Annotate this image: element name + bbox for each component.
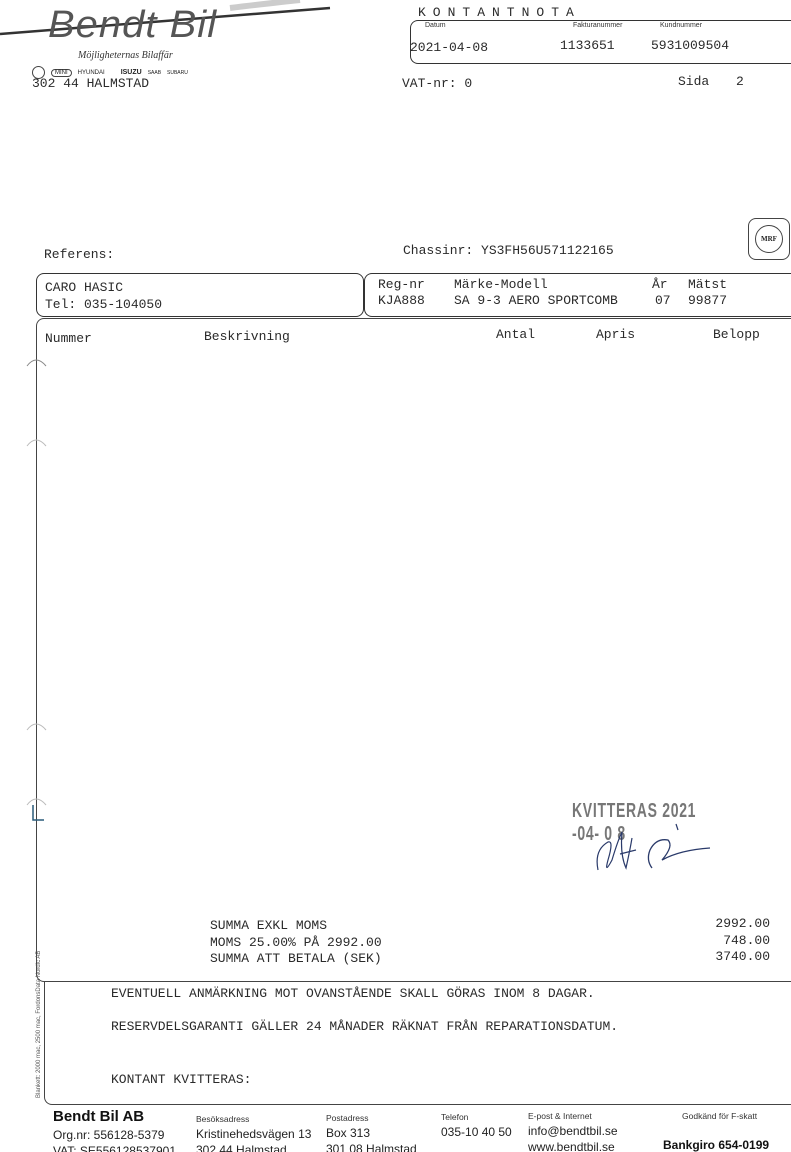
column-header-amount: Belopp bbox=[713, 327, 760, 342]
reference-label: Referens: bbox=[44, 247, 114, 262]
subaru-logo-icon: SUBARU bbox=[167, 70, 188, 76]
binder-holes bbox=[24, 350, 54, 830]
postal-address: 302 44 HALMSTAD bbox=[32, 76, 149, 91]
odometer: 99877 bbox=[688, 293, 727, 308]
total-label: SUMMA ATT BETALA (SEK) bbox=[210, 951, 382, 968]
footer-visit-street: Kristinehedsvägen 13 bbox=[196, 1127, 311, 1141]
model-label: Märke-Modell bbox=[454, 277, 548, 292]
totals-labels: SUMMA EXKL MOMS MOMS 25.00% PÅ 2992.00 S… bbox=[210, 918, 382, 968]
vat-value: 748.00 bbox=[715, 933, 770, 950]
date-label: Datum bbox=[425, 22, 446, 29]
customer-name: CARO HASIC bbox=[45, 280, 123, 295]
footer-post-box: Box 313 bbox=[326, 1126, 370, 1140]
isuzu-logo-icon: ISUZU bbox=[121, 69, 142, 76]
footer-email-label: E-post & Internet bbox=[528, 1111, 592, 1121]
items-table bbox=[36, 318, 791, 982]
document-title: KONTANTNOTA bbox=[418, 5, 581, 20]
footer-org-number: Org.nr: 556128-5379 bbox=[53, 1128, 164, 1142]
form-side-text: Blankett: 2000 mac, 2500 mac, FordonsDat… bbox=[36, 888, 42, 1098]
footer-fskatt: Godkänd för F-skatt bbox=[682, 1111, 757, 1121]
vehicle-model: SA 9-3 AERO SPORTCOMB bbox=[454, 293, 618, 308]
signature bbox=[590, 820, 730, 880]
customer-number-label: Kundnummer bbox=[660, 22, 702, 29]
reg-number: KJA888 bbox=[378, 293, 425, 308]
page-number: 2 bbox=[736, 74, 744, 89]
footer-post-label: Postadress bbox=[326, 1113, 369, 1123]
column-header-number: Nummer bbox=[45, 331, 92, 346]
complaint-note: EVENTUELL ANMÄRKNING MOT OVANSTÅENDE SKA… bbox=[111, 986, 595, 1001]
invoice-number: 1133651 bbox=[560, 38, 615, 53]
customer-phone: Tel: 035-104050 bbox=[45, 297, 162, 312]
footer-bankgiro: Bankgiro 654-0199 bbox=[663, 1138, 769, 1152]
subtotal-label: SUMMA EXKL MOMS bbox=[210, 918, 382, 935]
vehicle-year: 07 bbox=[655, 293, 671, 308]
total-value: 3740.00 bbox=[715, 949, 770, 966]
hyundai-logo-icon: HYUNDAI bbox=[78, 70, 105, 76]
footer-visit-label: Besöksadress bbox=[196, 1114, 249, 1124]
page-label: Sida bbox=[678, 74, 709, 89]
invoice-number-label: Fakturanummer bbox=[573, 22, 622, 29]
footer-company-name: Bendt Bil AB bbox=[53, 1108, 144, 1125]
cash-receipt-note: KONTANT KVITTERAS: bbox=[111, 1072, 251, 1087]
totals-values: 2992.00 748.00 3740.00 bbox=[715, 916, 770, 966]
footer-post-city: 301 08 Halmstad bbox=[326, 1142, 417, 1152]
footer-phone[interactable]: 035-10 40 50 bbox=[441, 1125, 512, 1139]
footer-vat: VAT: SE556128537901 bbox=[53, 1144, 176, 1152]
subtotal-value: 2992.00 bbox=[715, 916, 770, 933]
saab-logo-icon: SAAB bbox=[148, 70, 161, 76]
footer-phone-label: Telefon bbox=[441, 1112, 468, 1122]
invoice-date: 2021-04-08 bbox=[410, 40, 488, 55]
column-header-description: Beskrivning bbox=[204, 329, 290, 344]
column-header-quantity: Antal bbox=[496, 327, 535, 342]
chassis-number: Chassinr: YS3FH56U571122165 bbox=[403, 243, 614, 258]
footer-visit-city: 302 44 Halmstad bbox=[196, 1143, 287, 1152]
customer-number: 5931009504 bbox=[651, 38, 729, 53]
footer-website[interactable]: www.bendtbil.se bbox=[528, 1140, 615, 1152]
company-tagline: Möjligheternas Bilaffär bbox=[78, 50, 173, 61]
warranty-note: RESERVDELSGARANTI GÄLLER 24 MÅNADER RÄKN… bbox=[111, 1019, 618, 1034]
reg-label: Reg-nr bbox=[378, 277, 425, 292]
mrf-badge-icon: MRF bbox=[748, 218, 790, 260]
vat-number: VAT-nr: 0 bbox=[402, 76, 472, 91]
meter-label: Mätst bbox=[688, 277, 727, 292]
column-header-unit-price: Apris bbox=[596, 327, 635, 342]
year-label: År bbox=[652, 277, 668, 292]
vat-label: MOMS 25.00% PÅ 2992.00 bbox=[210, 935, 382, 952]
company-logo: Bendt Bil bbox=[48, 4, 217, 47]
footer-email[interactable]: info@bendtbil.se bbox=[528, 1124, 618, 1138]
